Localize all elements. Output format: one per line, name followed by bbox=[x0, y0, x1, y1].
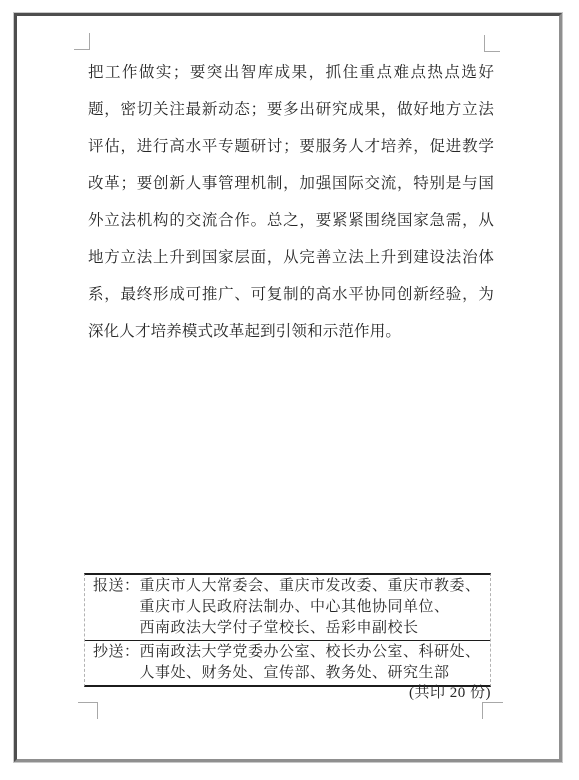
copy-row-label: 抄送： bbox=[93, 642, 140, 684]
document-page: 把工作做实；要突出智库成果，抓住重点难点热点选好题，密切关注最新动态；要多出研究… bbox=[14, 13, 562, 762]
margin-mark-bottom-right bbox=[482, 702, 503, 719]
copy-row-content: 西南政法大学党委办公室、校长办公室、科研处、 人事处、财务处、宣传部、教务处、研… bbox=[140, 642, 486, 684]
submit-line-1: 重庆市人大常委会、重庆市发改委、重庆市教委、 bbox=[140, 576, 486, 597]
distribution-row-submit: 报送： 重庆市人大常委会、重庆市发改委、重庆市教委、 重庆市人民政府法制办、中心… bbox=[85, 575, 490, 641]
print-count-note: (共印 20 份) bbox=[84, 681, 491, 702]
submit-row-label: 报送： bbox=[93, 576, 140, 639]
submit-line-3: 西南政法大学付子堂校长、岳彩申副校长 bbox=[140, 618, 486, 639]
distribution-row-copy: 抄送： 西南政法大学党委办公室、校长办公室、科研处、 人事处、财务处、宣传部、教… bbox=[85, 641, 490, 685]
margin-mark-bottom-left bbox=[78, 702, 98, 719]
submit-row-content: 重庆市人大常委会、重庆市发改委、重庆市教委、 重庆市人民政府法制办、中心其他协同… bbox=[140, 576, 486, 639]
margin-mark-top-right bbox=[484, 35, 500, 52]
screenshot-stage: 把工作做实；要突出智库成果，抓住重点难点热点选好题，密切关注最新动态；要多出研究… bbox=[0, 0, 579, 780]
margin-mark-top-left bbox=[74, 33, 90, 50]
copy-line-1: 西南政法大学党委办公室、校长办公室、科研处、 bbox=[140, 642, 486, 663]
submit-line-2: 重庆市人民政府法制办、中心其他协同单位、 bbox=[140, 597, 486, 618]
distribution-table: 报送： 重庆市人大常委会、重庆市发改委、重庆市教委、 重庆市人民政府法制办、中心… bbox=[84, 573, 491, 687]
body-paragraph: 把工作做实；要突出智库成果，抓住重点难点热点选好题，密切关注最新动态；要多出研究… bbox=[88, 54, 494, 350]
